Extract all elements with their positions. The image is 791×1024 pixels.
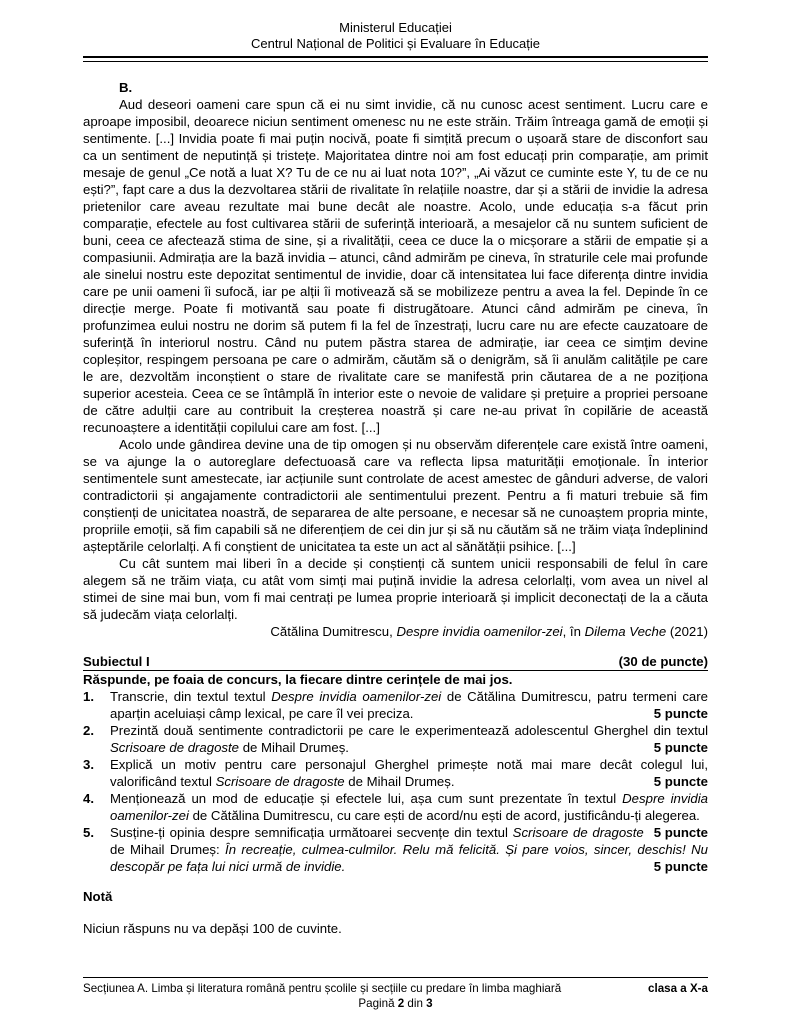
text-segment: Cătălina Dumitrescu, (270, 624, 396, 639)
question-points: 5 puncte (644, 773, 708, 790)
questions-list: 1.Transcrie, din textul textul Despre in… (83, 688, 708, 875)
subject-heading: Subiectul I (30 de puncte) (83, 653, 708, 671)
text-segment: Susține-ți opinia despre semnificația ur… (110, 825, 513, 840)
question-text: Explică un motiv pentru care personajul … (110, 757, 708, 789)
section-label: B. (83, 79, 708, 96)
footer-class: clasa a X-a (648, 981, 708, 996)
question-number: 2. (83, 722, 94, 739)
text-paragraph: Cu cât suntem mai liberi în a decide și … (83, 555, 708, 623)
text-segment: 3 (426, 997, 432, 1010)
subject-title: Subiectul I (83, 653, 150, 670)
exam-page: Ministerul Educației Centrul Național de… (0, 0, 791, 1024)
text-segment: Scrisoare de dragoste (110, 740, 239, 755)
question-item: 4.Menționează un mod de educație și efec… (83, 790, 708, 824)
question-item: 3.Explică un motiv pentru care personaju… (83, 756, 708, 790)
question-number: 5. (83, 824, 94, 841)
subject-points: (30 de puncte) (619, 653, 708, 670)
text-segment: Scrisoare de dragoste (216, 774, 345, 789)
text-segment: Despre invidia oamenilor-zei (396, 624, 562, 639)
text-segment: din (404, 997, 426, 1010)
text-segment: de Mihail Drumeș. (345, 774, 455, 789)
question-item: 1.Transcrie, din textul textul Despre in… (83, 688, 708, 722)
text-segment: Menționează un mod de educație și efecte… (110, 791, 622, 806)
footer-section: Secțiunea A. Limba și literatura română … (83, 981, 561, 996)
note-title: Notă (83, 888, 708, 905)
question-item: 2.Prezintă două sentimente contradictori… (83, 722, 708, 756)
question-item: 5.Susține-ți opinia despre semnificația … (83, 824, 708, 875)
text-segment: Scrisoare de dragoste (513, 825, 644, 840)
text-segment: Pagină (358, 997, 397, 1010)
center-name: Centrul Național de Politici și Evaluare… (83, 36, 708, 52)
question-points: 5 puncte (644, 739, 708, 756)
note-text: Niciun răspuns nu va depăși 100 de cuvin… (83, 920, 708, 937)
question-number: 3. (83, 756, 94, 773)
text-segment: , în (563, 624, 585, 639)
document-header: Ministerul Educației Centrul Național de… (83, 20, 708, 62)
question-text: Susține-ți opinia despre semnificația ur… (110, 825, 708, 874)
question-number: 4. (83, 790, 94, 807)
footer-row: Secțiunea A. Limba și literatura română … (83, 981, 708, 996)
ministry-name: Ministerul Educației (83, 20, 708, 36)
page-footer: Secțiunea A. Limba și literatura română … (83, 977, 708, 1011)
question-text: Transcrie, din textul textul Despre invi… (110, 689, 708, 721)
question-points: 5 puncte (644, 705, 708, 722)
header-rule (83, 56, 708, 62)
text-segment: Despre invidia oamenilor-zei (271, 689, 441, 704)
text-paragraph: Aud deseori oameni care spun că ei nu si… (83, 96, 708, 436)
text-segment: de Mihail Drumeș. (239, 740, 349, 755)
question-number: 1. (83, 688, 94, 705)
instruction: Răspunde, pe foaia de concurs, la fiecar… (83, 671, 708, 688)
text-segment: de Cătălina Dumitrescu, cu care ești de … (189, 808, 700, 823)
text-segment: de Mihail Drumeș: (110, 842, 225, 857)
footer-page-number: Pagină 2 din 3 (83, 996, 708, 1011)
text-paragraph: Acolo unde gândirea devine una de tip om… (83, 436, 708, 555)
text-segment: Transcrie, din textul textul (110, 689, 271, 704)
question-points: 5 puncte (644, 858, 708, 875)
text-segment: Dilema Veche (585, 624, 667, 639)
question-text: Prezintă două sentimente contradictorii … (110, 723, 708, 755)
attribution: Cătălina Dumitrescu, Despre invidia oame… (83, 623, 708, 640)
text-segment: (2021) (666, 624, 708, 639)
text-segment: Prezintă două sentimente contradictorii … (110, 723, 708, 738)
question-text: Menționează un mod de educație și efecte… (110, 791, 708, 823)
